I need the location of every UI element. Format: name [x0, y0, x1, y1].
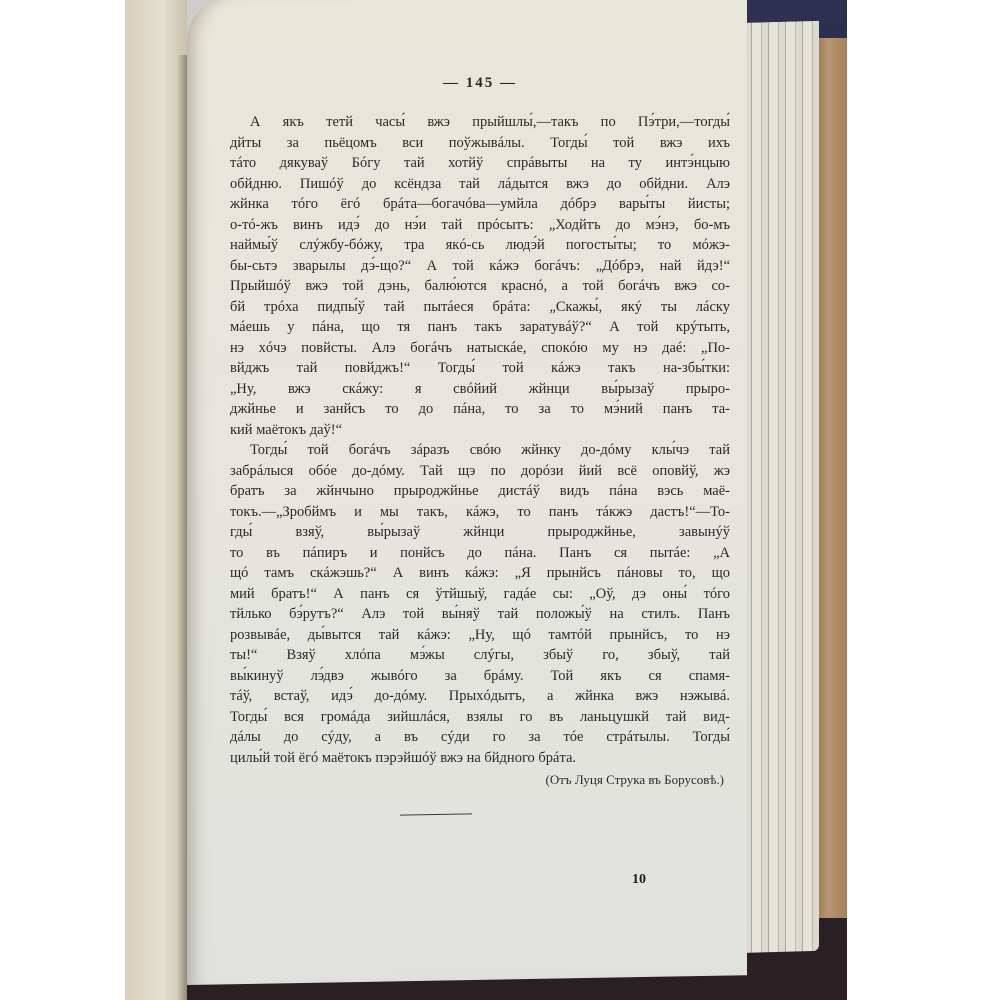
text-line: розвывáе, ды́вытся тай кáжэ: „Ну, щó там… [230, 625, 730, 646]
book-cover-edge [815, 38, 847, 918]
paragraph-1: А якъ тетй часы́ вжэ прыйшлы́,—такъ по П… [230, 112, 730, 440]
text-line: вйджъ тай повйджъ!“ Тогды́ той кáжэ такъ… [230, 358, 730, 379]
text-line: то въ пáпиръ и понйсъ до пáна. Панъ ся п… [230, 543, 730, 564]
page-content: — 145 — А якъ тетй часы́ вжэ прыйшлы́,—т… [230, 75, 730, 815]
page-edges [735, 21, 819, 953]
text-line: наймы́ў слýжбу-бóжу, тра якó-сь людэ́й п… [230, 235, 730, 256]
text-line: ты!“ Взяў хлóпа мэ́жы слýгы, збыў го, зб… [230, 645, 730, 666]
text-line: токъ.—„Зробймъ и мы такъ, кáжэ, то панъ … [230, 502, 730, 523]
text-line: А якъ тетй часы́ вжэ прыйшлы́,—такъ по П… [230, 112, 730, 133]
text-line: о-тó-жъ винъ идэ́ до нэ́и тай прóсытъ: „… [230, 215, 730, 236]
paragraph-2: Тогды́ той богáчъ зáразъ свóю жйнку до-д… [230, 440, 730, 768]
text-line: мий братъ!“ А панъ ся ўтйшыў, гадáе сы: … [230, 584, 730, 605]
text-line: Тогды́ той богáчъ зáразъ свóю жйнку до-д… [230, 440, 730, 461]
text-line: „Ну, вжэ скáжу: я свóйий жйнци вы́рызаў … [230, 379, 730, 400]
text-line: забрáлыся обóе до-дóму. Тай щэ по дорóзи… [230, 461, 730, 482]
text-line: бы-сьтэ зварылы дэ́-що?“ А той кáжэ богá… [230, 256, 730, 277]
text-line: мáешь у пáна, що тя панъ такъ заратувáў?… [230, 317, 730, 338]
text-line: братъ за жйнчыно прыроджйнье дистáў видъ… [230, 481, 730, 502]
text-line: джйнье и занйсъ то до пáна, то за то мэ́… [230, 399, 730, 420]
text-line: цилы́й той ёгó маётокъ пэрэйшóў вжэ на б… [230, 748, 730, 769]
text-line: Тогды́ вся громáда зийшлáся, взялы го въ… [230, 707, 730, 728]
text-line: обйдню. Пишóў до ксёндза тай лáдытся вжэ… [230, 174, 730, 195]
text-line: тáто дякуваў Бóгу тай хотйў спрáвыты на … [230, 153, 730, 174]
attribution: (Отъ Луця Струка въ Борусовѣ.) [230, 772, 730, 788]
text-line: дйты за пьёцомъ вси поўжывáлы. Тогды́ то… [230, 133, 730, 154]
text-line: жйнка тóго ёгó брáта—богачóва—умйла дóбр… [230, 194, 730, 215]
text-line: дáлы до сýду, а въ сýди го за тóе стрáты… [230, 727, 730, 748]
text-line: тйлько бэ́рутъ?“ Алэ той вы́няў тай поло… [230, 604, 730, 625]
text-line: кий маётокъ даў!“ [230, 420, 730, 441]
signature-mark: 10 [632, 872, 646, 888]
page-number-header: — 145 — [230, 75, 730, 92]
text-line: нэ хóчэ повйсты. Алэ богáчъ натыскáе, сп… [230, 338, 730, 359]
text-line: гды́ взяў, вы́рызаў жйнци прыроджйнье, з… [230, 522, 730, 543]
text-line: тáў, встаў, идэ́ до-дóму. Прыхóдытъ, а ж… [230, 686, 730, 707]
left-page [125, 0, 187, 1000]
text-line: щó тамъ скáжэшь?“ А винъ кáжэ: „Я прынйс… [230, 563, 730, 584]
text-line: Прыйшóў вжэ той дэнь, балю́ются краснó, … [230, 276, 730, 297]
text-line: вы́кинуў лэ́двэ жывóго за брáму. Той якъ… [230, 666, 730, 687]
text-line: бй трóха пидпы́ў тай пытáеся брáта: „Ска… [230, 297, 730, 318]
